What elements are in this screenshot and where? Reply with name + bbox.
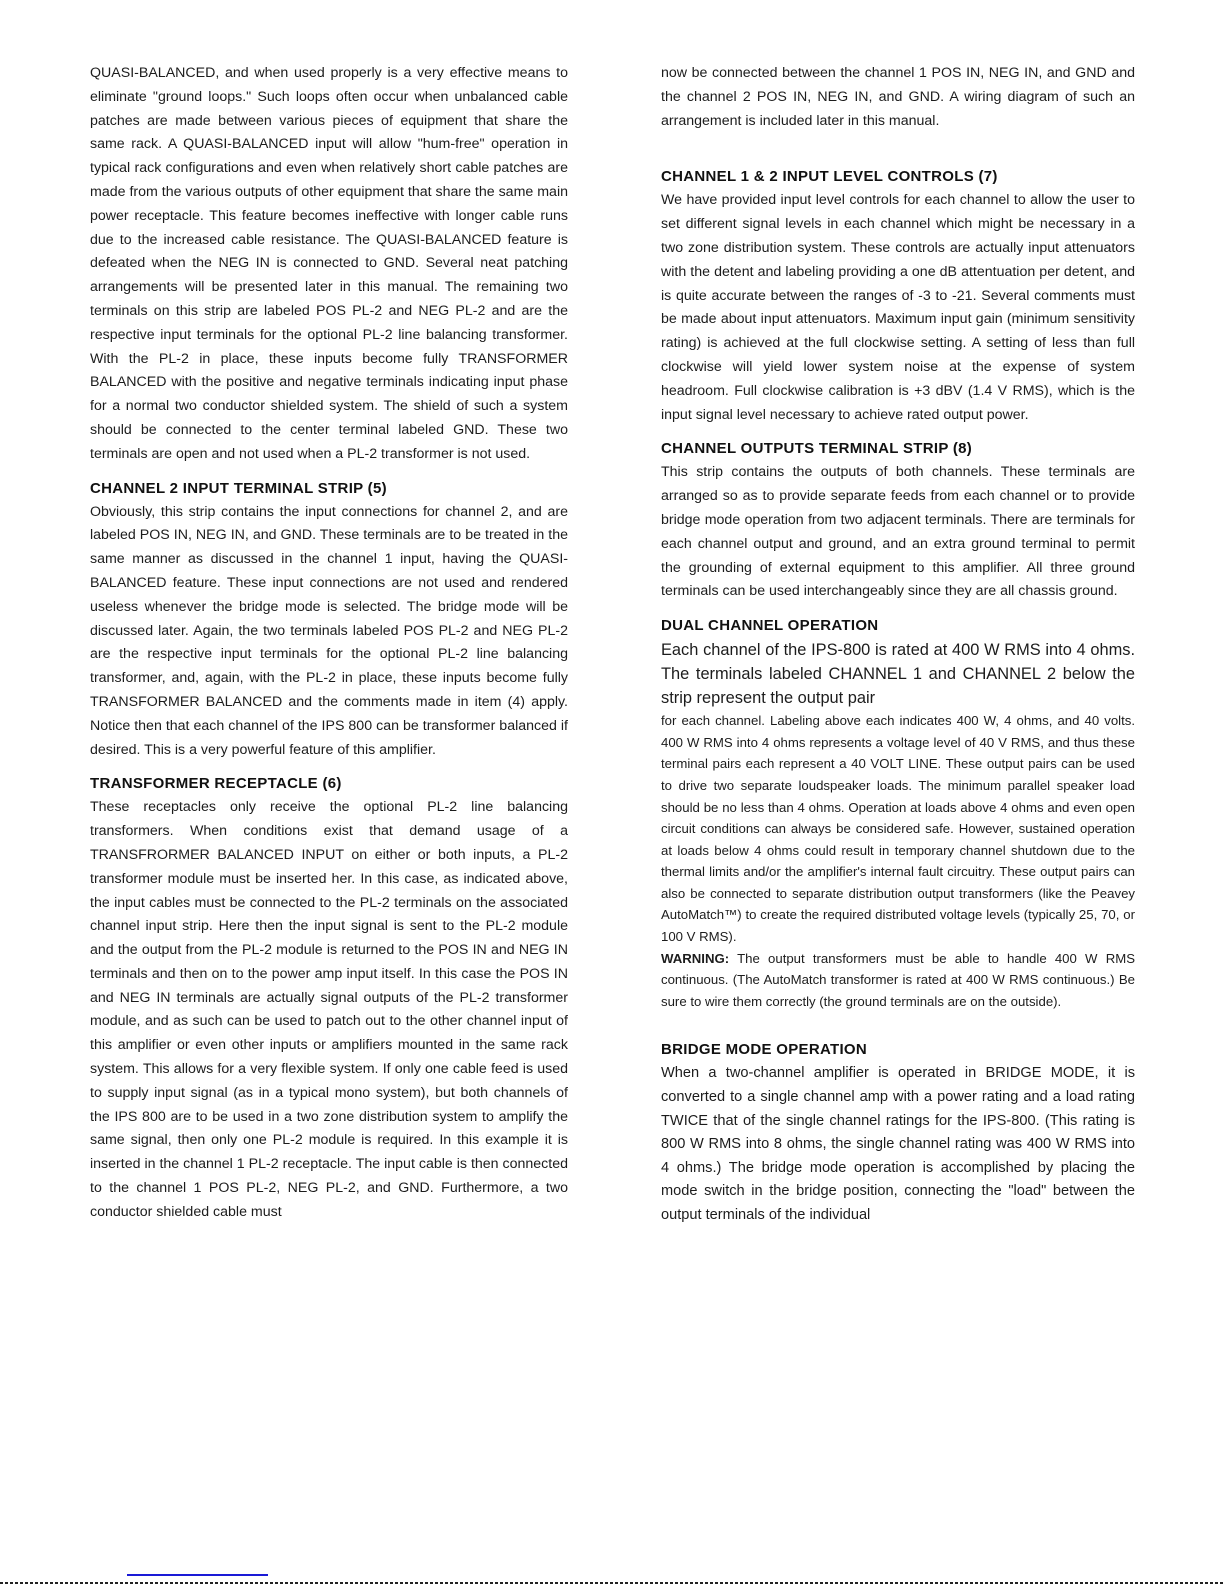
- channel-outputs-terminal-strip-text: This strip contains the outputs of both …: [661, 461, 1135, 604]
- right-intro-paragraph: now be connected between the channel 1 P…: [661, 62, 1135, 133]
- transformer-receptacle-text: These receptacles only receive the optio…: [90, 796, 568, 1224]
- blue-underline-mark: [127, 1574, 268, 1576]
- heading-dual-channel-operation: DUAL CHANNEL OPERATION: [661, 614, 1135, 638]
- left-column: QUASI-BALANCED, and when used properly i…: [90, 62, 568, 1225]
- warning-text: The output transformers must be able to …: [661, 951, 1135, 1009]
- left-intro-paragraph: QUASI-BALANCED, and when used properly i…: [90, 62, 568, 467]
- dual-channel-operation-lead-text: Each channel of the IPS-800 is rated at …: [661, 638, 1135, 710]
- warning-label: WARNING:: [661, 951, 729, 966]
- right-column: now be connected between the channel 1 P…: [661, 62, 1135, 1228]
- heading-channel-2-input-terminal-strip: CHANNEL 2 INPUT TERMINAL STRIP (5): [90, 477, 568, 501]
- input-level-controls-text: We have provided input level controls fo…: [661, 189, 1135, 427]
- heading-bridge-mode-operation: BRIDGE MODE OPERATION: [661, 1038, 1135, 1062]
- heading-input-level-controls: CHANNEL 1 & 2 INPUT LEVEL CONTROLS (7): [661, 165, 1135, 189]
- bottom-dotted-edge: [0, 1582, 1225, 1584]
- channel-2-input-terminal-strip-text: Obviously, this strip contains the input…: [90, 501, 568, 763]
- heading-channel-outputs-terminal-strip: CHANNEL OUTPUTS TERMINAL STRIP (8): [661, 437, 1135, 461]
- dual-channel-operation-text: for each channel. Labeling above each in…: [661, 710, 1135, 948]
- heading-transformer-receptacle: TRANSFORMER RECEPTACLE (6): [90, 772, 568, 796]
- bridge-mode-operation-text: When a two-channel amplifier is operated…: [661, 1062, 1135, 1227]
- warning-paragraph: WARNING: The output transformers must be…: [661, 948, 1135, 1013]
